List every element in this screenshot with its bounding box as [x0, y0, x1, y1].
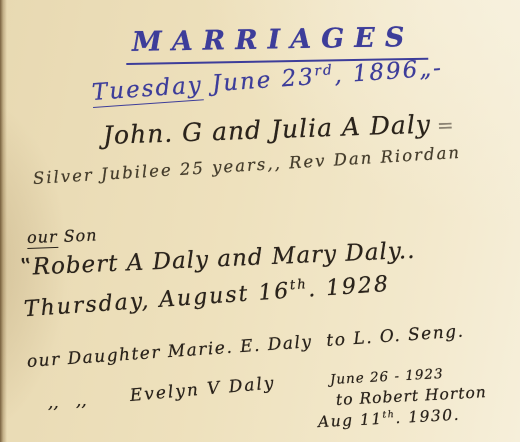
marriage-1896-date-mid: June 23 [202, 64, 316, 98]
marriage-1923-groom: to L. O. Seng. [326, 321, 465, 351]
our-son-label-underlined: our [27, 227, 58, 249]
marriage-1923-daughter-line: our Daughter Marie. E. Dalyto L. O. Seng… [26, 321, 465, 372]
marriage-1896-date-year: , 1896„- [333, 55, 443, 89]
marriage-1928-date-ordinal: th [289, 277, 308, 293]
marriage-1896-date-ordinal: rd [314, 62, 335, 79]
marriage-1896-couple: John. G and Julia A Daly= [102, 109, 455, 150]
ditto-mark-2: ,, [76, 391, 87, 411]
our-son-label: our Son [27, 226, 98, 247]
marriage-1928-date: Thursday, August 16th. 1928 [23, 271, 391, 322]
marriage-1930-date-pre: Aug 11 [318, 410, 384, 431]
marriage-1928-date-pre: Thursday, August 16 [23, 279, 291, 323]
marriage-1923-date: June 26 - 1923 [330, 366, 444, 388]
marriage-register-page: MARRIAGES Tuesday June 23rd, 1896„- John… [0, 0, 520, 442]
marriage-1896-couple-names: John. G and Julia A Daly [102, 110, 431, 150]
marriage-1930-date-ordinal: th [382, 409, 395, 421]
marriage-1930-name: Evelyn V Daly [129, 373, 276, 406]
marriage-1930-date-year: . 1930. [395, 406, 461, 427]
silver-jubilee-note: Silver Jubilee 25 years,, Rev Dan Riorda… [32, 143, 461, 188]
our-son-label-rest: Son [57, 226, 98, 246]
marriage-1923-names: our Daughter Marie. E. Daly [26, 332, 313, 372]
marriage-1896-date-day: Tuesday [91, 72, 204, 108]
marriage-1896-couple-mark: = [431, 113, 456, 138]
ditto-mark-1: ,, [48, 393, 59, 413]
marriage-1930-groom: to Robert Horton [336, 383, 488, 409]
marriage-1930-date: Aug 11th. 1930. [318, 406, 461, 432]
marriage-1928-date-year: . 1928 [307, 272, 391, 303]
page-binding-edge [0, 0, 7, 442]
